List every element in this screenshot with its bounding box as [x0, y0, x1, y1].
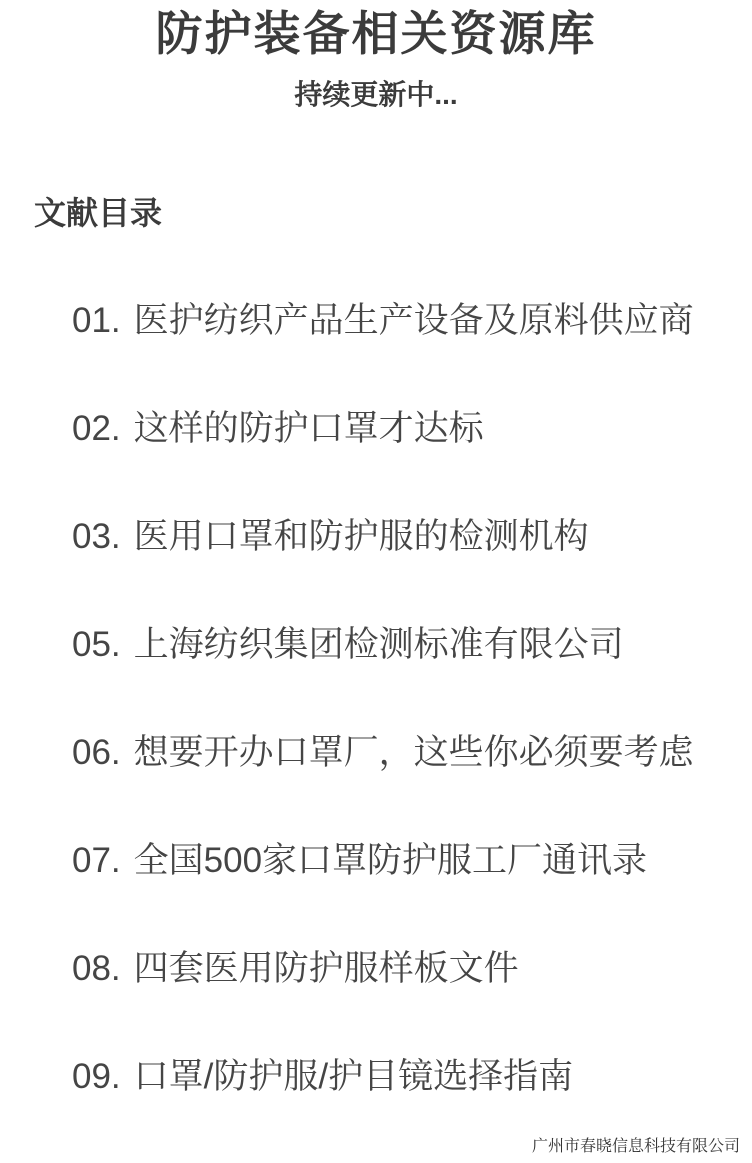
toc-item-number: 07. [72, 843, 121, 878]
toc-item-number: 03. [72, 519, 121, 554]
toc-item-number: 01. [72, 303, 121, 338]
toc-item-number: 06. [72, 735, 121, 770]
toc-item-title: 全国500家口罩防护服工厂通讯录 [134, 841, 647, 880]
toc-item-number: 08. [72, 951, 121, 986]
toc-item-title: 医护纺织产品生产设备及原料供应商 [134, 301, 694, 340]
page-title: 防护装备相关资源库 [0, 0, 752, 57]
company-watermark: 广州市春晓信息科技有限公司 [532, 1139, 740, 1155]
toc-item: 08.四套医用防护服样板文件 [72, 951, 752, 986]
toc-item-title: 这样的防护口罩才达标 [134, 409, 484, 448]
toc-item-title: 想要开办口罩厂，这些你必须要考虑 [134, 733, 694, 772]
toc-item-title: 口罩/防护服/护目镜选择指南 [134, 1057, 573, 1096]
toc-item-title: 医用口罩和防护服的检测机构 [134, 517, 589, 556]
toc-item-title: 四套医用防护服样板文件 [134, 949, 519, 988]
toc-item-number: 09. [72, 1059, 121, 1094]
toc-item: 02.这样的防护口罩才达标 [72, 411, 752, 446]
toc-item-title: 上海纺织集团检测标准有限公司 [134, 625, 624, 664]
toc-item: 01.医护纺织产品生产设备及原料供应商 [72, 303, 752, 338]
toc-heading: 文献目录 [34, 197, 752, 229]
toc-item: 07.全国500家口罩防护服工厂通讯录 [72, 843, 752, 878]
toc-item-number: 02. [72, 411, 121, 446]
toc-list: 01.医护纺织产品生产设备及原料供应商 02.这样的防护口罩才达标 03.医用口… [72, 303, 752, 1094]
page-subtitle: 持续更新中... [0, 81, 752, 109]
toc-item: 09.口罩/防护服/护目镜选择指南 [72, 1059, 752, 1094]
toc-item: 03.医用口罩和防护服的检测机构 [72, 519, 752, 554]
toc-item: 05.上海纺织集团检测标准有限公司 [72, 627, 752, 662]
toc-item: 06.想要开办口罩厂，这些你必须要考虑 [72, 735, 752, 770]
toc-item-number: 05. [72, 627, 121, 662]
